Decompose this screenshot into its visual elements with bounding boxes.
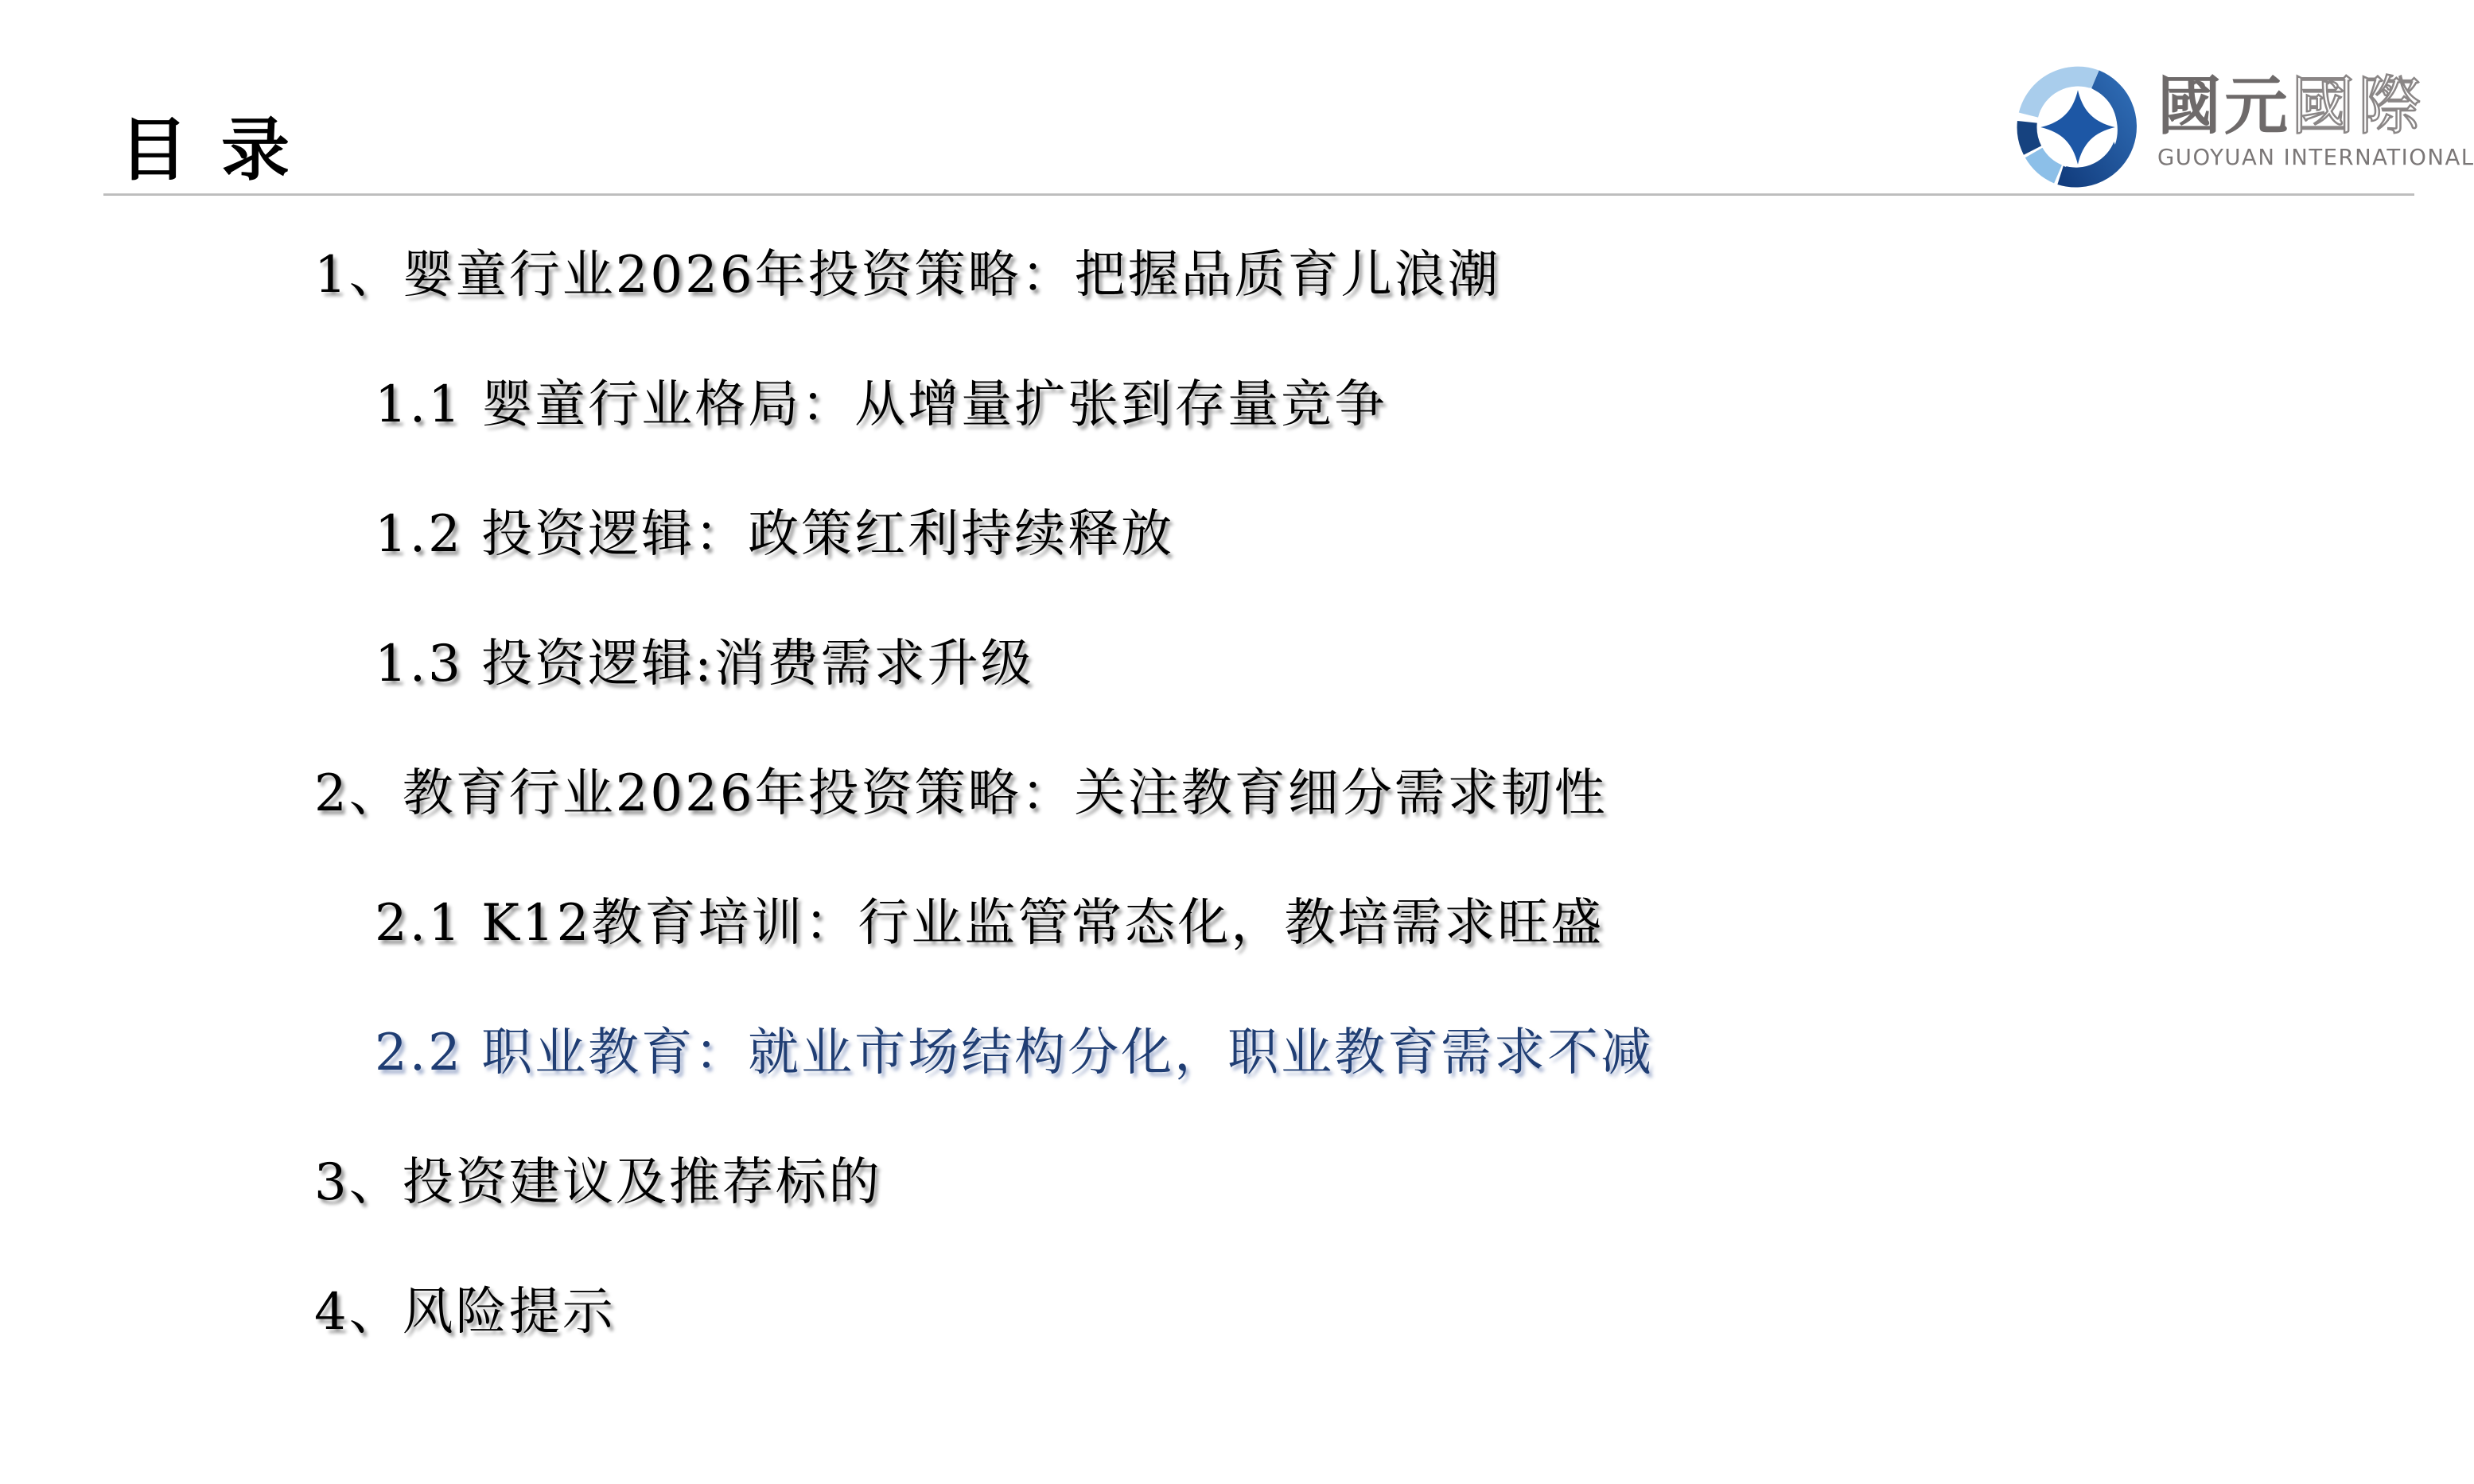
toc-item-2: 2、教育行业2026年投资策略：关注教育细分需求韧性 (314, 724, 2410, 853)
logo-cn: 國元國際 (2157, 73, 2474, 140)
toc-item-3: 3、投资建议及推荐标的 (314, 1113, 2410, 1242)
toc-item-1-2: 1.2 投资逻辑：政策红利持续释放 (314, 464, 2410, 594)
logo-en: GUOYUAN INTERNATIONAL (2157, 145, 2474, 170)
logo-emblem-icon (2016, 65, 2140, 189)
toc-item-2-2: 2.2 职业教育：就业市场结构分化，职业教育需求不减 (314, 983, 2410, 1113)
logo-cn-bold: 國元 (2157, 69, 2291, 143)
header-divider (103, 193, 2414, 196)
toc-item-1-3: 1.3 投资逻辑:消费需求升级 (314, 594, 2410, 724)
page-title: 目录 (119, 116, 323, 185)
logo-cn-outline: 國際 (2291, 69, 2425, 143)
logo-text: 國元國際 GUOYUAN INTERNATIONAL (2157, 73, 2474, 170)
toc-item-4: 4、风险提示 (314, 1242, 2410, 1372)
toc-item-1-1: 1.1 婴童行业格局：从增量扩张到存量竞争 (314, 335, 2410, 464)
logo: 國元國際 GUOYUAN INTERNATIONAL (2016, 65, 2474, 189)
toc-item-1: 1、婴童行业2026年投资策略：把握品质育儿浪潮 (314, 205, 2410, 335)
toc-list: 1、婴童行业2026年投资策略：把握品质育儿浪潮 1.1 婴童行业格局：从增量扩… (314, 205, 2410, 1372)
slide: 目录 國元國際 GUOYUAN INTERNATIONAL (0, 0, 2474, 1484)
toc-item-2-1: 2.1 K12教育培训：行业监管常态化，教培需求旺盛 (314, 853, 2410, 983)
